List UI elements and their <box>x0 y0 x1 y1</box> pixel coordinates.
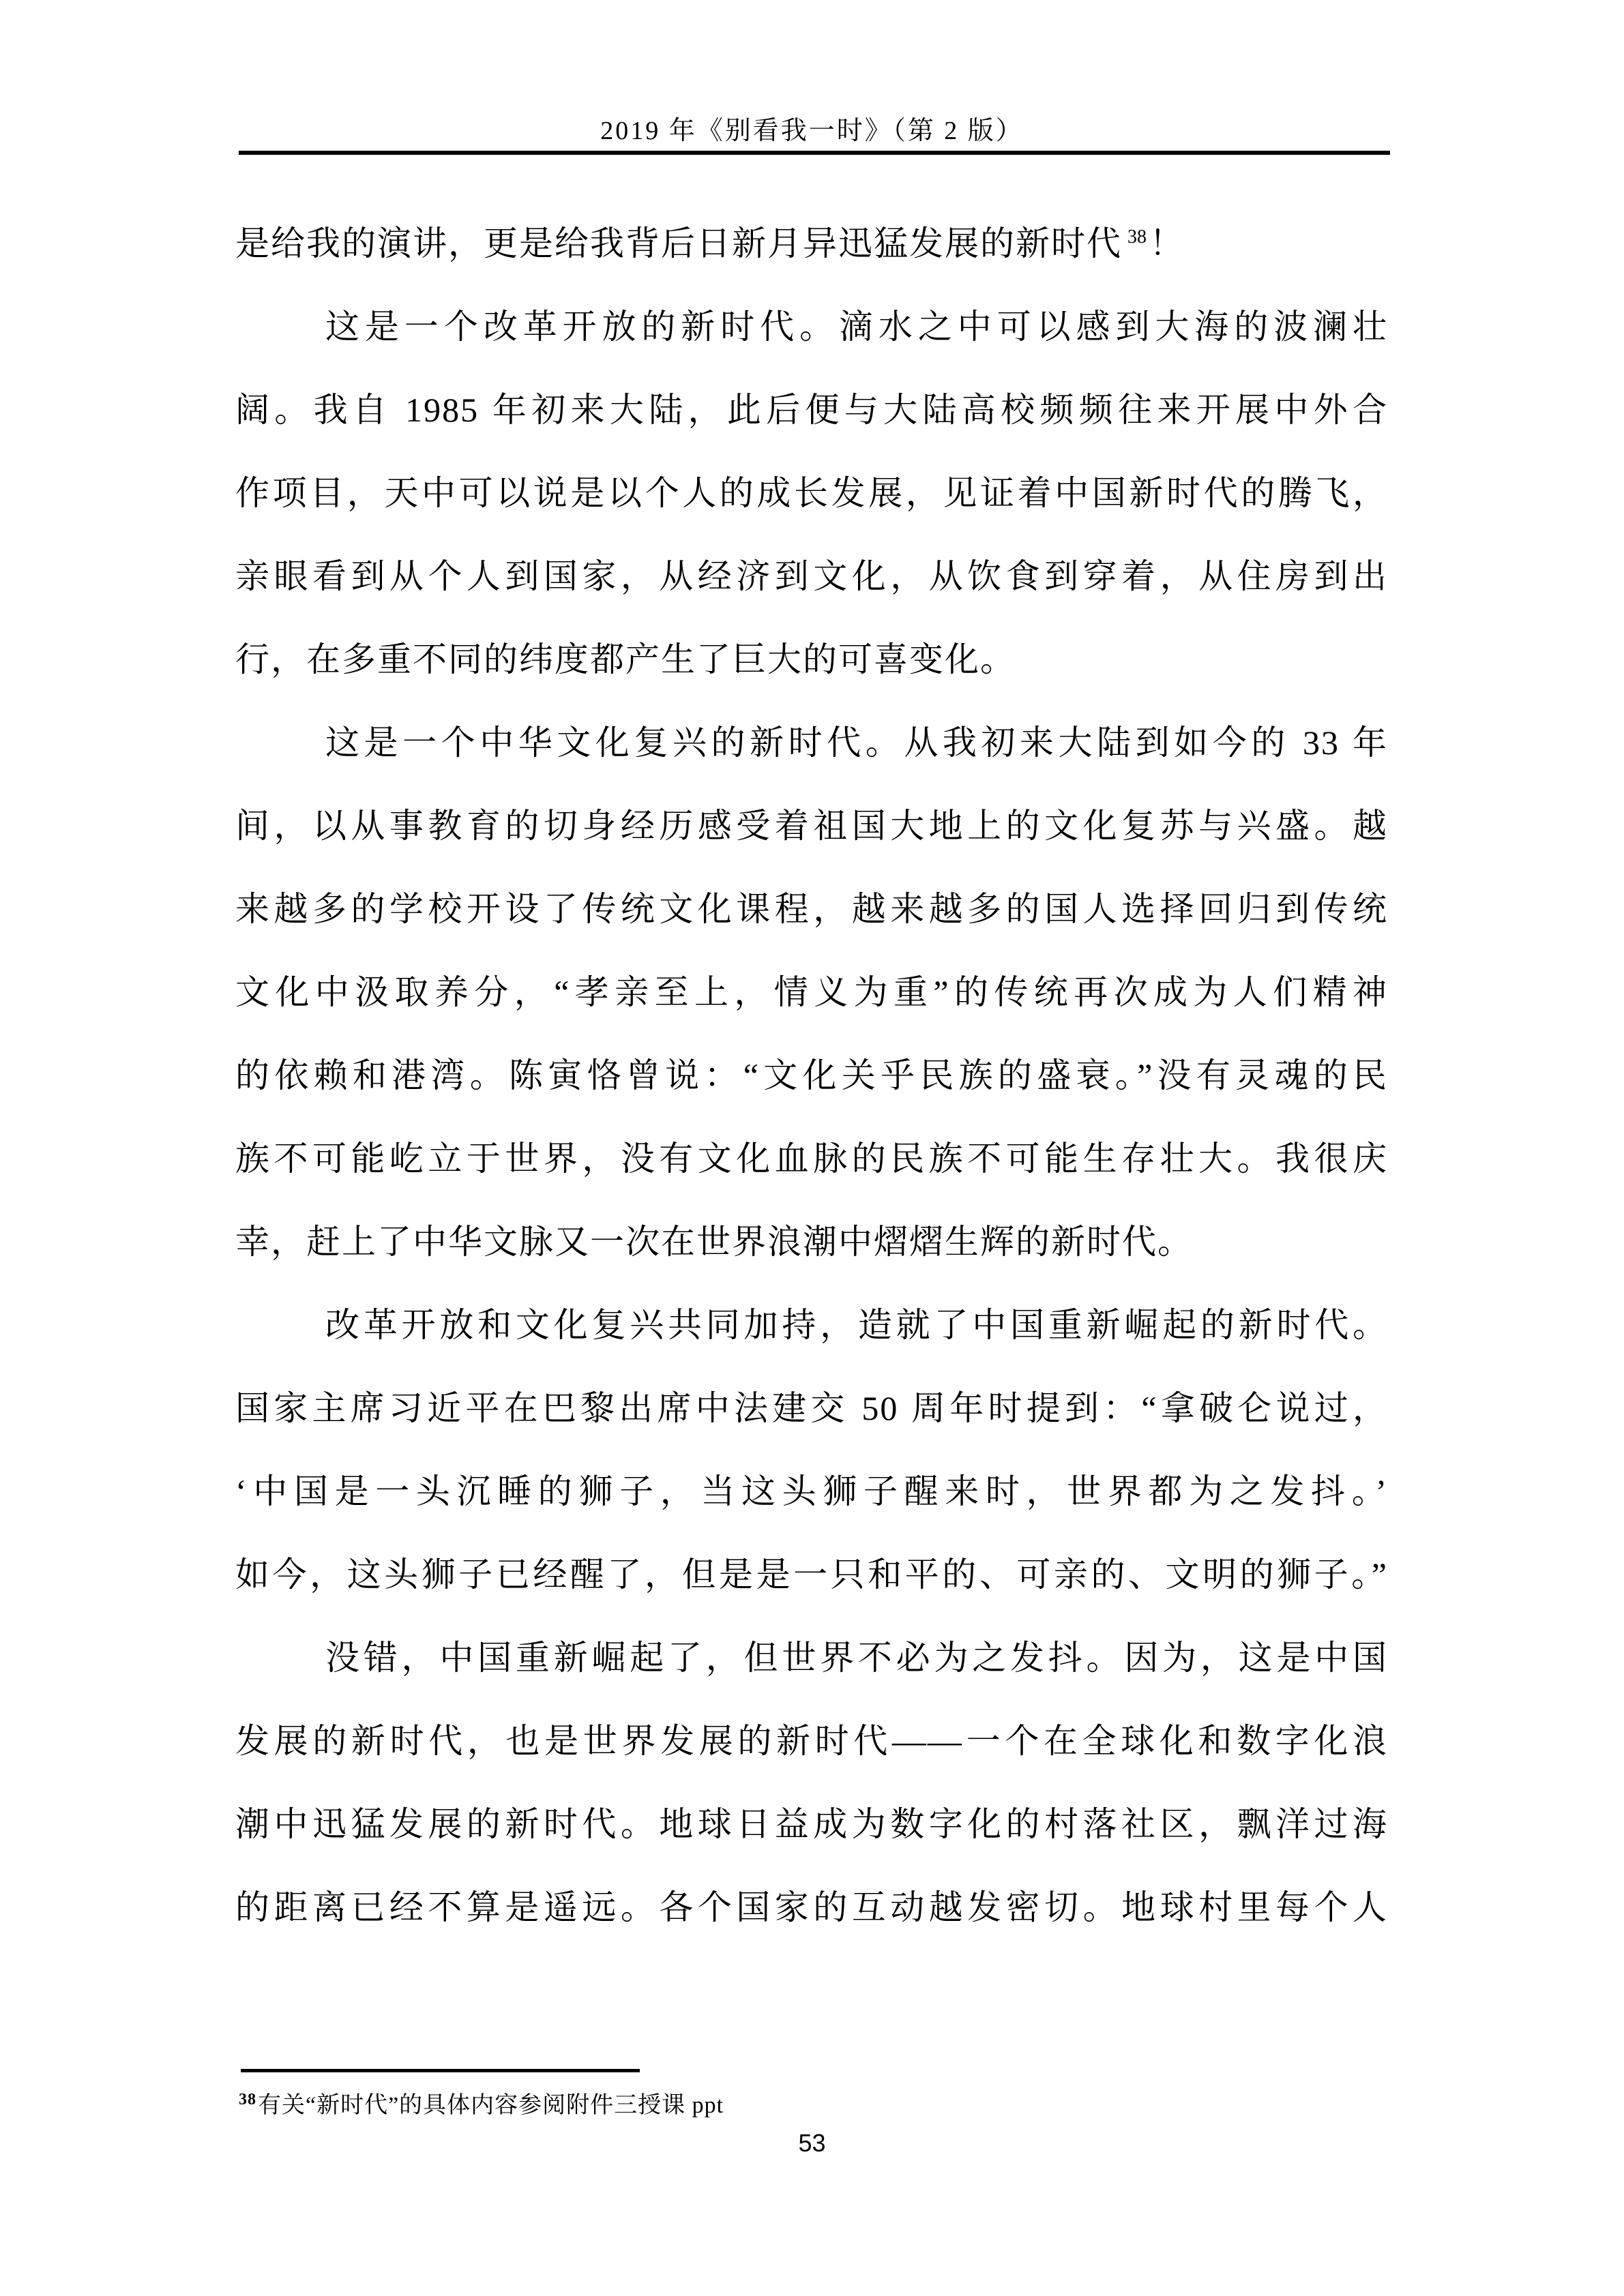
body-line: 行，在多重不同的纬度都产生了巨大的可喜变化。 <box>235 618 1388 701</box>
body-line: 的依赖和港湾。陈寅恪曾说：“文化关乎民族的盛衰。”没有灵魂的民 <box>235 1034 1388 1117</box>
footnote-divider <box>241 2069 640 2072</box>
footnote-reference: 38 <box>1127 226 1147 248</box>
footnote-marker: 38 <box>239 2091 256 2108</box>
body-line: 的距离已经不算是遥远。各个国家的互动越发密切。地球村里每个人 <box>235 1866 1388 1949</box>
body-line: 来越多的学校开设了传统文化课程，越来越多的国人选择回归到传统 <box>235 867 1388 951</box>
body-line: 是给我的演讲，更是给我背后日新月异迅猛发展的新时代38！ <box>235 202 1388 285</box>
body-line: 作项目，天中可以说是以个人的成长发展，见证着中国新时代的腾飞， <box>235 451 1388 535</box>
body-line: 这是一个中华文化复兴的新时代。从我初来大陆到如今的 33 年 <box>235 701 1388 784</box>
page-number: 53 <box>0 2129 1624 2158</box>
body-line: 幸，赶上了中华文脉又一次在世界浪潮中熠熠生辉的新时代。 <box>235 1200 1388 1283</box>
body-line: 发展的新时代，也是世界发展的新时代——一个在全球化和数字化浪 <box>235 1699 1388 1783</box>
document-page: 2019 年《别看我一时》（第 2 版） 是给我的演讲，更是给我背后日新月异迅猛… <box>0 0 1624 2296</box>
body-line: 间，以从事教育的切身经历感受着祖国大地上的文化复苏与兴盛。越 <box>235 784 1388 867</box>
page-header: 2019 年《别看我一时》（第 2 版） <box>0 109 1624 147</box>
body-line-text: ！ <box>1149 224 1185 263</box>
footnote: 38有关“新时代”的具体内容参阅附件三授课 ppt <box>239 2085 724 2126</box>
body-line: 文化中汲取养分，“孝亲至上，情义为重”的传统再次成为人们精神 <box>235 951 1388 1034</box>
body-line: 亲眼看到从个人到国家，从经济到文化，从饮食到穿着，从住房到出 <box>235 535 1388 618</box>
body-line: 潮中迅猛发展的新时代。地球日益成为数字化的村落社区，飘洋过海 <box>235 1783 1388 1866</box>
header-divider <box>239 151 1390 155</box>
body-text: 是给我的演讲，更是给我背后日新月异迅猛发展的新时代38！这是一个改革开放的新时代… <box>235 202 1388 1949</box>
body-line-text: 是给我的演讲，更是给我背后日新月异迅猛发展的新时代 <box>235 224 1122 263</box>
body-line: 阔。我自 1985 年初来大陆，此后便与大陆高校频频往来开展中外合 <box>235 368 1388 451</box>
body-line: 改革开放和文化复兴共同加持，造就了中国重新崛起的新时代。 <box>235 1283 1388 1367</box>
body-line: 没错，中国重新崛起了，但世界不必为之发抖。因为，这是中国 <box>235 1616 1388 1699</box>
footnote-text: 有关“新时代”的具体内容参阅附件三授课 ppt <box>258 2093 724 2118</box>
body-line: 这是一个改革开放的新时代。滴水之中可以感到大海的波澜壮 <box>235 285 1388 368</box>
body-line: 国家主席习近平在巴黎出席中法建交 50 周年时提到：“拿破仑说过， <box>235 1367 1388 1450</box>
body-line: 族不可能屹立于世界，没有文化血脉的民族不可能生存壮大。我很庆 <box>235 1117 1388 1200</box>
body-line: ‘中国是一头沉睡的狮子，当这头狮子醒来时，世界都为之发抖。’ <box>235 1450 1388 1533</box>
body-line: 如今，这头狮子已经醒了，但是是一只和平的、可亲的、文明的狮子。” <box>235 1533 1388 1616</box>
